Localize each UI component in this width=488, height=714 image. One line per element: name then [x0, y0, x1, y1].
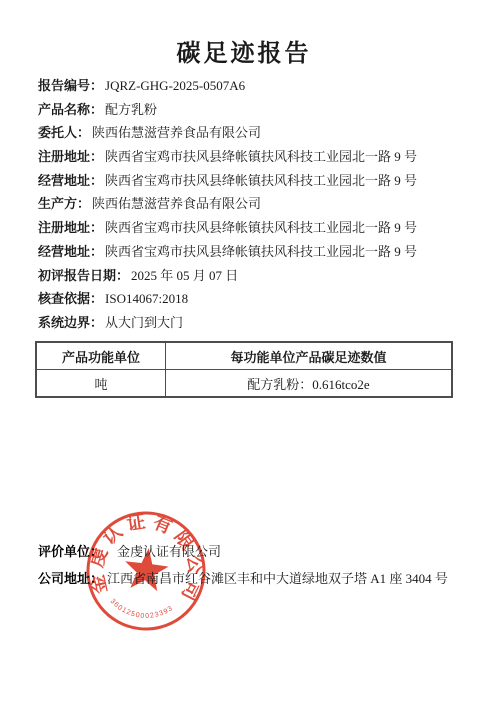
field-product-name: 产品名称：配方乳粉: [38, 98, 472, 122]
company-address-value: 江西省南昌市红谷滩区丰和中大道绿地双子塔 A1 座 3404 号: [107, 571, 448, 586]
company-address-row: 公司地址：江西省南昌市红谷滩区丰和中大道绿地双子塔 A1 座 3404 号: [38, 565, 472, 592]
field-registered-address: 注册地址：陕西省宝鸡市扶风县绛帐镇扶风科技工业园北一路 9 号: [38, 145, 472, 169]
field-value: 陕西佑慧滋营养食品有限公司: [90, 196, 261, 211]
table-header-unit: 产品功能单位: [36, 342, 166, 370]
table-cell-unit: 吨: [36, 370, 166, 398]
table-cell-footprint-value: 配方乳粉：0.616tco2e: [166, 370, 453, 398]
report-page: 碳足迹报告 报告编号：JQRZ-GHG-2025-0507A6 产品名称：配方乳…: [0, 0, 488, 714]
page-title: 碳足迹报告: [0, 33, 488, 68]
field-label: 生产方：: [38, 196, 90, 211]
field-value: JQRZ-GHG-2025-0507A6: [103, 78, 245, 93]
field-label: 委托人：: [38, 125, 90, 140]
field-label: 核查依据：: [38, 291, 103, 306]
field-label: 经营地址：: [38, 244, 103, 259]
field-label: 报告编号：: [38, 78, 103, 93]
field-client: 委托人：陕西佑慧滋营养食品有限公司: [38, 121, 472, 145]
field-value: 2025 年 05 月 07 日: [129, 268, 238, 283]
field-value: 陕西省宝鸡市扶风县绛帐镇扶风科技工业园北一路 9 号: [103, 149, 417, 164]
field-business-address-2: 经营地址：陕西省宝鸡市扶风县绛帐镇扶风科技工业园北一路 9 号: [38, 240, 472, 264]
field-value: ISO14067:2018: [103, 291, 188, 306]
field-value: 从大门到大门: [103, 315, 183, 330]
field-label: 系统边界：: [38, 315, 103, 330]
report-footer: 评价单位：金虔认证有限公司 公司地址：江西省南昌市红谷滩区丰和中大道绿地双子塔 …: [38, 538, 472, 592]
field-value: 陕西省宝鸡市扶风县绛帐镇扶风科技工业园北一路 9 号: [103, 244, 417, 259]
table-header-value: 每功能单位产品碳足迹数值: [166, 342, 453, 370]
table-row: 吨 配方乳粉：0.616tco2e: [36, 370, 452, 398]
field-value: 配方乳粉: [103, 102, 157, 117]
field-label: 产品名称：: [38, 102, 103, 117]
company-address-label: 公司地址：: [38, 571, 103, 586]
field-producer: 生产方：陕西佑慧滋营养食品有限公司: [38, 192, 472, 216]
field-label: 经营地址：: [38, 173, 103, 188]
field-business-address: 经营地址：陕西省宝鸡市扶风县绛帐镇扶风科技工业园北一路 9 号: [38, 169, 472, 193]
field-initial-report-date: 初评报告日期：2025 年 05 月 07 日: [38, 264, 472, 288]
field-label: 注册地址：: [38, 149, 103, 164]
field-label: 初评报告日期：: [38, 268, 129, 283]
field-value: 陕西佑慧滋营养食品有限公司: [90, 125, 261, 140]
table-header-row: 产品功能单位 每功能单位产品碳足迹数值: [36, 342, 452, 370]
evaluator-label: 评价单位：: [38, 544, 103, 559]
report-fields: 报告编号：JQRZ-GHG-2025-0507A6 产品名称：配方乳粉 委托人：…: [38, 74, 472, 335]
evaluator-value: 金虔认证有限公司: [117, 544, 221, 559]
evaluator-row: 评价单位：金虔认证有限公司: [38, 538, 472, 565]
field-report-number: 报告编号：JQRZ-GHG-2025-0507A6: [38, 74, 472, 98]
field-value: 陕西省宝鸡市扶风县绛帐镇扶风科技工业园北一路 9 号: [103, 173, 417, 188]
field-value: 陕西省宝鸡市扶风县绛帐镇扶风科技工业园北一路 9 号: [103, 220, 417, 235]
field-system-boundary: 系统边界：从大门到大门: [38, 311, 472, 335]
carbon-footprint-table: 产品功能单位 每功能单位产品碳足迹数值 吨 配方乳粉：0.616tco2e: [35, 341, 453, 398]
field-verification-basis: 核查依据：ISO14067:2018: [38, 287, 472, 311]
field-registered-address-2: 注册地址：陕西省宝鸡市扶风县绛帐镇扶风科技工业园北一路 9 号: [38, 216, 472, 240]
field-label: 注册地址：: [38, 220, 103, 235]
